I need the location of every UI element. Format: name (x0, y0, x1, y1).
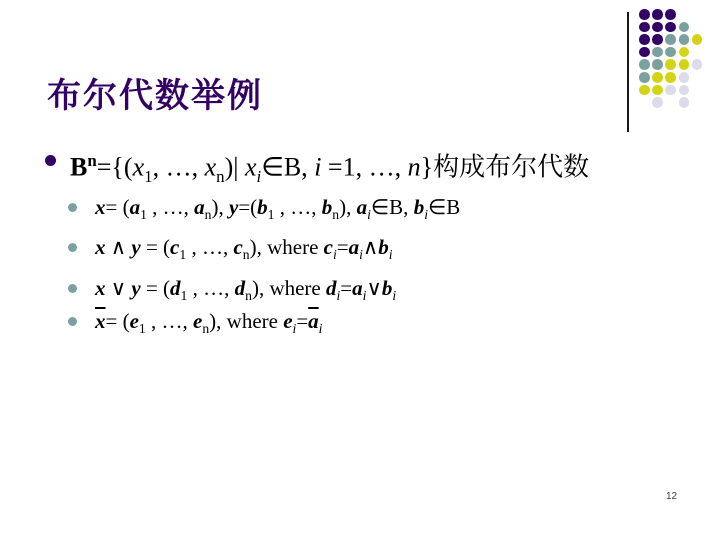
sub-bullet-text: x ∧ y = (c1 , …, cn), where ci=ai∧bi (95, 234, 393, 268)
decor-dot (665, 85, 676, 96)
decor-dot (665, 22, 676, 33)
decor-dot (652, 34, 663, 45)
sub-bullet-row: x ∧ y = (c1 , …, cn), where ci=ai∧bi (68, 234, 393, 268)
decor-dot (679, 97, 690, 108)
decor-dot (665, 9, 676, 20)
decor-dot (665, 34, 676, 45)
decor-dot (679, 85, 690, 96)
decorative-vertical-line (627, 12, 629, 132)
decor-dot (639, 59, 650, 70)
decor-dot (679, 72, 690, 83)
slide: 布尔代数举例 Bn={(x1, …, xn)| xi∈B, i =1, …, n… (0, 0, 720, 540)
bullet-icon (68, 203, 77, 212)
decor-dot (652, 22, 663, 33)
bullet-icon (68, 317, 77, 326)
bullet-icon (45, 155, 56, 166)
decor-dot (652, 59, 663, 70)
decor-dot (692, 59, 703, 70)
decor-dot (665, 59, 676, 70)
decor-dot (679, 22, 690, 33)
decor-dot (652, 9, 663, 20)
main-bullet-text: Bn={(x1, …, xn)| xi∈B, i =1, …, n}构成布尔代数 (70, 144, 589, 194)
decor-dot (639, 22, 650, 33)
sub-bullet-text: x= (e1 , …, en), where ei=ai (95, 308, 322, 342)
page-number: 12 (666, 491, 677, 502)
decor-dot (692, 34, 703, 45)
sub-bullet-row: x= (e1 , …, en), where ei=ai (68, 308, 322, 342)
decor-dot (639, 9, 650, 20)
main-bullet-row: Bn={(x1, …, xn)| xi∈B, i =1, …, n}构成布尔代数 (45, 144, 589, 194)
decor-dot (639, 34, 650, 45)
decor-dot (665, 47, 676, 58)
decor-dot (639, 47, 650, 58)
decor-dot (665, 72, 676, 83)
sub-bullet-text: x ∨ y = (d1 , …, dn), where di=ai∨bi (95, 275, 396, 309)
sub-bullet-row: x= (a1 , …, an), y=(b1 , …, bn), ai∈B, b… (68, 194, 460, 228)
decor-dot (639, 72, 650, 83)
decor-dot (679, 47, 690, 58)
page-title: 布尔代数举例 (47, 68, 263, 117)
decorative-dot-grid (639, 9, 711, 114)
decor-dot (652, 97, 663, 108)
bullet-icon (68, 243, 77, 252)
decor-dot (679, 59, 690, 70)
decor-dot (652, 47, 663, 58)
decor-dot (652, 85, 663, 96)
sub-bullet-text: x= (a1 , …, an), y=(b1 , …, bn), ai∈B, b… (95, 194, 460, 228)
decor-dot (652, 72, 663, 83)
sub-bullet-row: x ∨ y = (d1 , …, dn), where di=ai∨bi (68, 275, 396, 309)
decor-dot (679, 34, 690, 45)
bullet-icon (68, 284, 77, 293)
decor-dot (639, 85, 650, 96)
